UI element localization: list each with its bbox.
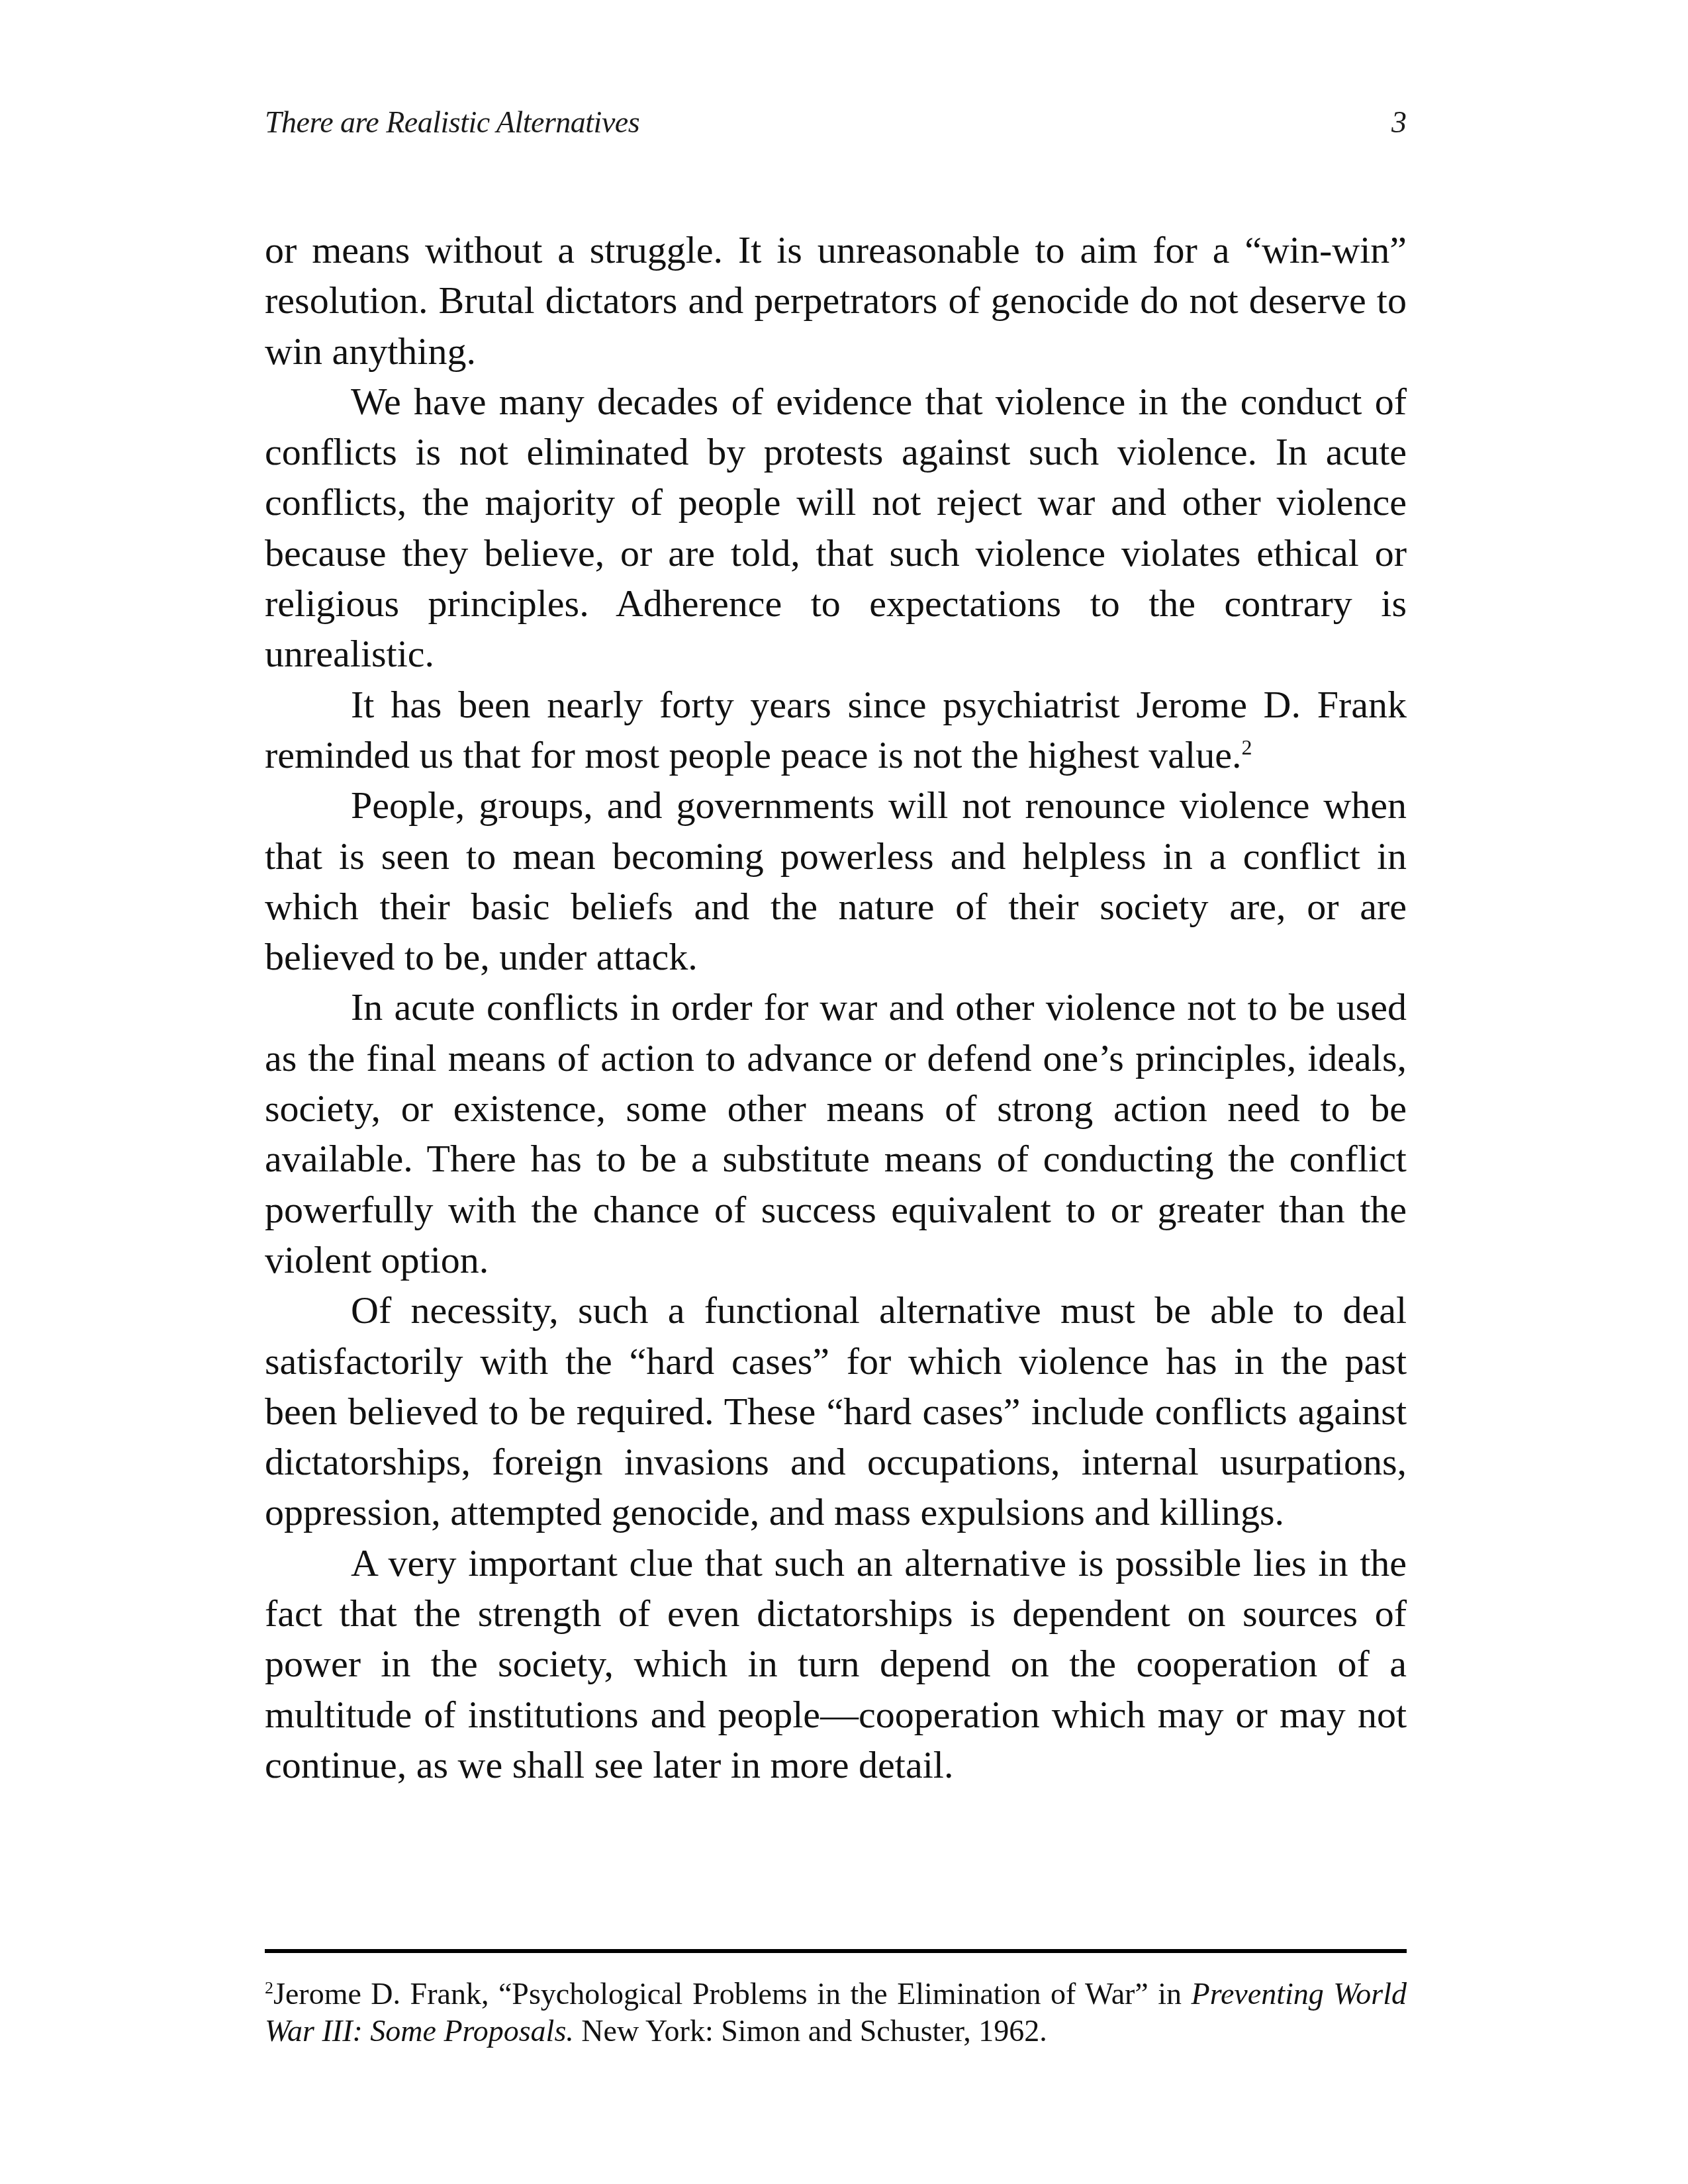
footnote-reference[interactable]: 2 — [1241, 735, 1252, 759]
paragraph-text: It has been nearly forty years since psy… — [265, 683, 1407, 776]
paragraph-3: It has been nearly forty years since psy… — [265, 680, 1407, 781]
running-title: There are Realistic Alternatives — [265, 105, 639, 140]
paragraph-text: We have many decades of evidence that vi… — [265, 380, 1407, 675]
paragraph-2: We have many decades of evidence that vi… — [265, 377, 1407, 680]
footnote: 2Jerome D. Frank, “Psychological Problem… — [265, 1976, 1407, 2050]
paragraph-6: Of necessity, such a functional alternat… — [265, 1285, 1407, 1537]
paragraph-text: People, groups, and governments will not… — [265, 784, 1407, 978]
paragraph-4: People, groups, and governments will not… — [265, 780, 1407, 982]
running-header: There are Realistic Alternatives 3 — [265, 99, 1407, 146]
paragraph-1: or means without a struggle. It is unrea… — [265, 225, 1407, 377]
paragraph-text: A very important clue that such an alter… — [265, 1541, 1407, 1786]
document-page: There are Realistic Alternatives 3 or me… — [0, 0, 1688, 2184]
footnote-author-title: Jerome D. Frank, “Psychological Problems… — [273, 1977, 1192, 2011]
footnote-publisher: New York: Simon and Schuster, 1962. — [574, 2014, 1047, 2048]
footnote-divider — [265, 1949, 1407, 1953]
paragraph-5: In acute conflicts in order for war and … — [265, 982, 1407, 1285]
body-text: or means without a struggle. It is unrea… — [265, 225, 1407, 1790]
page-number: 3 — [1391, 105, 1407, 140]
paragraph-text: In acute conflicts in order for war and … — [265, 985, 1407, 1281]
paragraph-text: Of necessity, such a functional alternat… — [265, 1289, 1407, 1533]
paragraph-7: A very important clue that such an alter… — [265, 1538, 1407, 1790]
paragraph-text: or means without a struggle. It is unrea… — [265, 228, 1407, 373]
footnote-marker: 2 — [265, 1978, 273, 1997]
